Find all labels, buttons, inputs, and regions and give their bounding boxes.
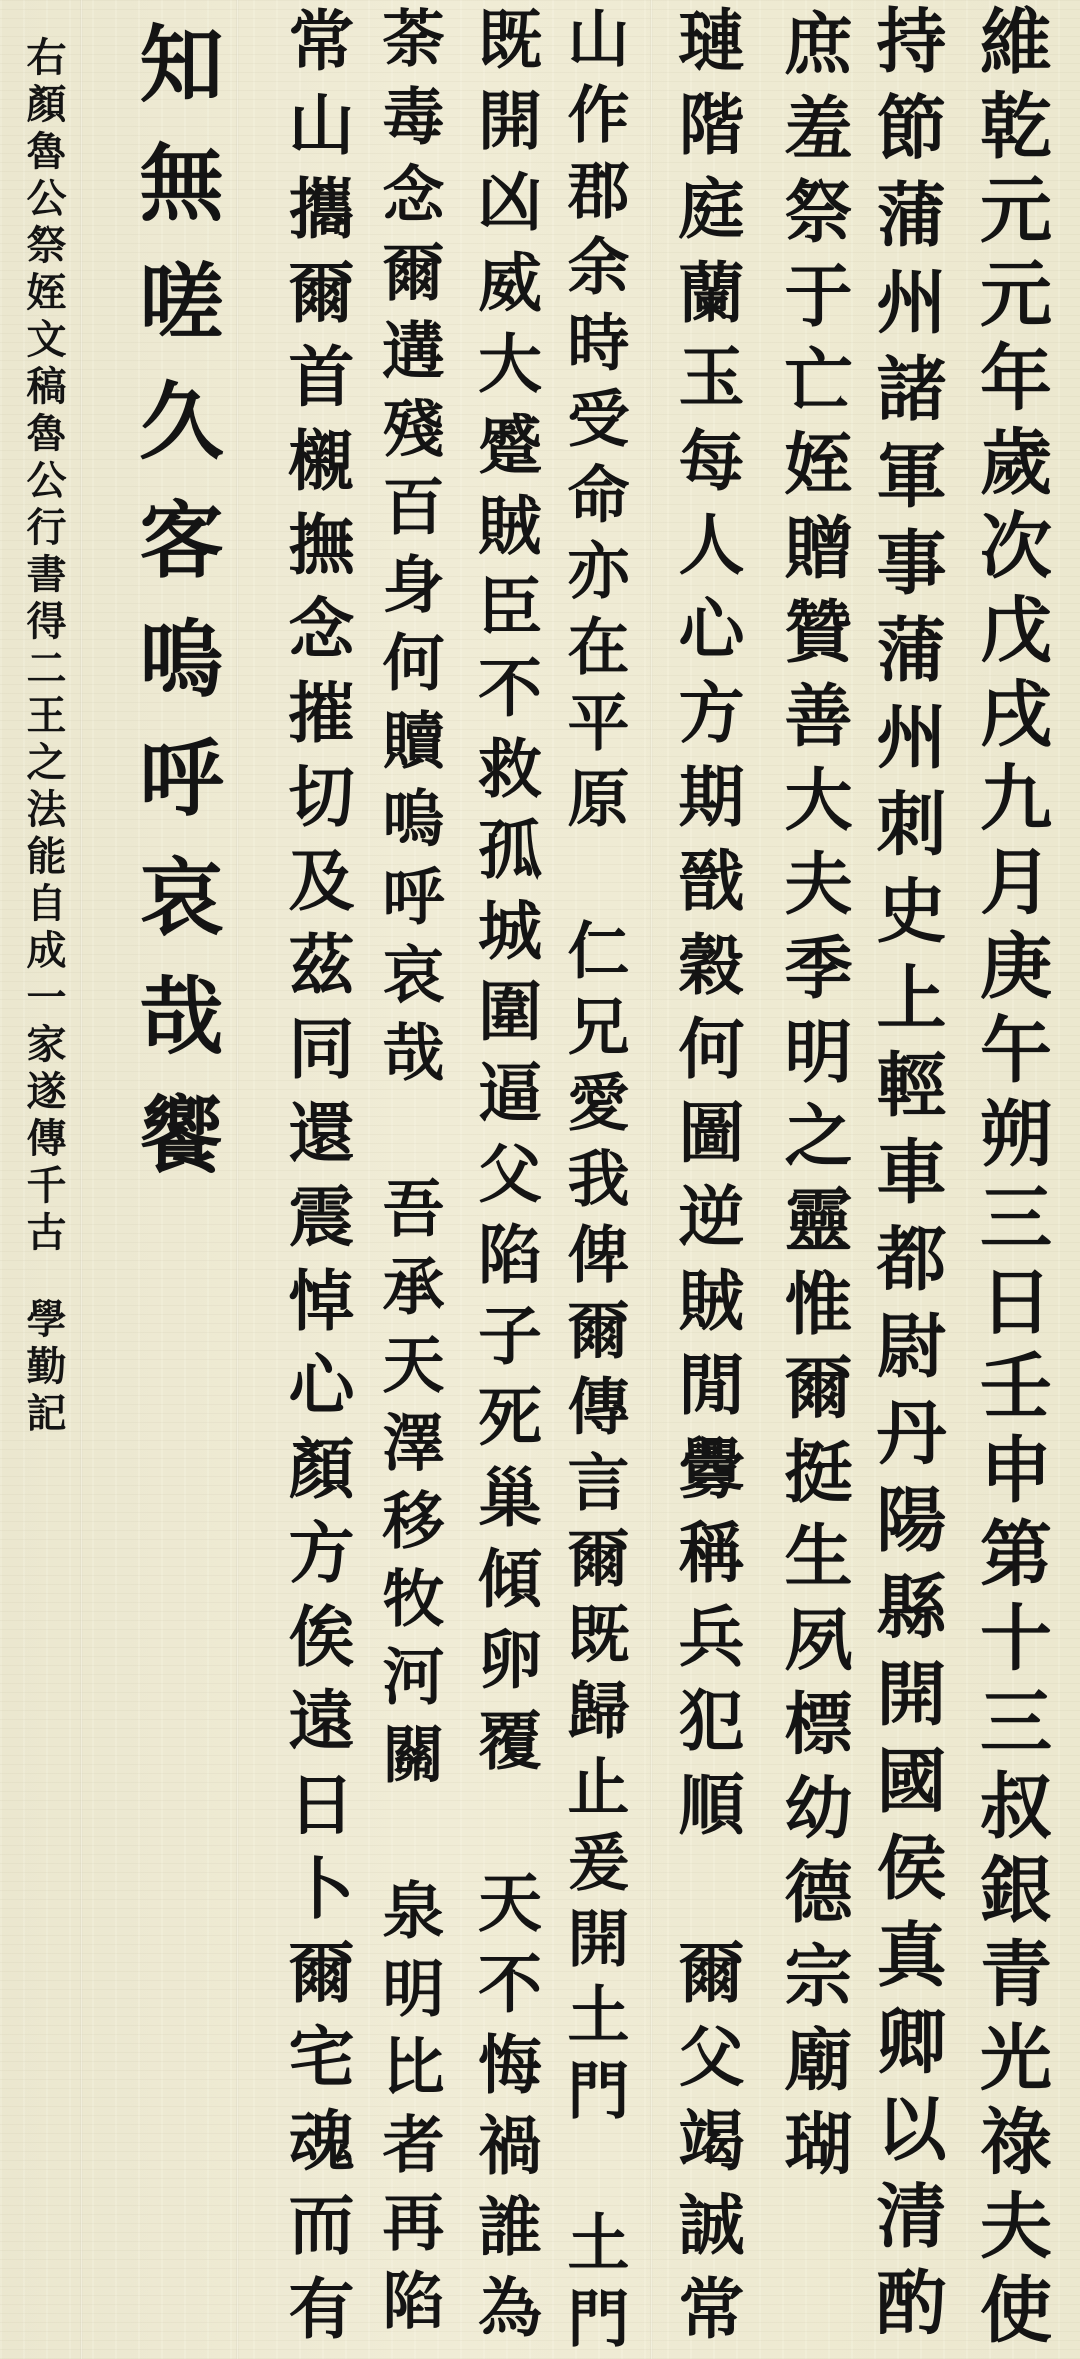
paper-seam bbox=[650, 0, 653, 2359]
text-column-5: 山作郡余時受命亦在平原 仁兄愛我俾爾傳言爾既歸止爰開土門 土門 bbox=[540, 6, 630, 2359]
paper-seam bbox=[236, 0, 239, 2359]
text-column-2: 持節蒲州諸軍事蒲州刺史上輕車都尉丹陽縣開國侯真卿以清酌 bbox=[858, 4, 948, 2353]
colophon: 右顏魯公祭姪文稿魯公行書得二王之法能自成一家遂傳千古學勤記 bbox=[17, 36, 67, 1439]
calligraphy-scroll: 維乾元元年歲次戊戌九月庚午朔三日壬申第十三叔銀青光祿夫使 持節蒲州諸軍事蒲州刺史… bbox=[0, 0, 1080, 2359]
text-column-7: 荼毒念爾遘殘百身何贖嗚呼哀哉 吾承天澤移牧河關 泉明比者再陷 bbox=[355, 6, 445, 2346]
paper-seam bbox=[80, 0, 83, 2359]
text-column-8: 常山攜爾首櫬撫念摧切及茲同還震悼心顏方俟遠日卜爾宅魂而有 bbox=[265, 6, 355, 2358]
text-column-1: 維乾元元年歲次戊戌九月庚午朔三日壬申第十三叔銀青光祿夫使 bbox=[963, 4, 1053, 2356]
colophon-text: 右顏魯公祭姪文稿魯公行書得二王之法能自成一家遂傳千古 bbox=[20, 36, 67, 1258]
text-column-6: 既開凶威大蹙賊臣不救孤城圍逼父陷子死巢傾卵覆 天不悔禍誰為 bbox=[452, 6, 542, 2355]
text-column-4: 璉階庭蘭玉每人心方期戩穀何圖逆賊閒釁稱兵犯順 爾父竭誠常 bbox=[655, 6, 745, 2358]
colophon-signature: 學勤記 bbox=[20, 1298, 67, 1439]
text-column-3: 庶羞祭于亡姪贈贊善大夫季明之靈惟爾挺生夙標幼德宗廟瑚 bbox=[763, 8, 853, 2192]
text-column-9: 知無嗟久客嗚呼哀哉饗 bbox=[135, 20, 225, 1210]
